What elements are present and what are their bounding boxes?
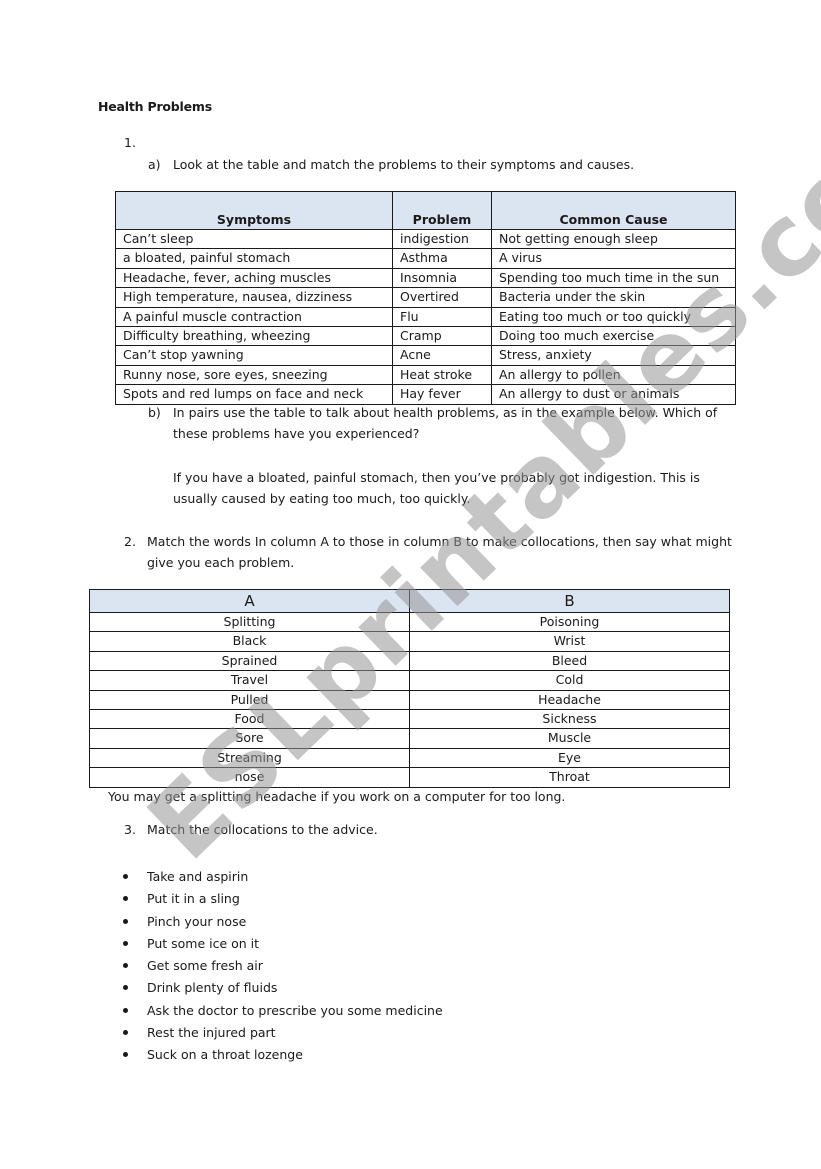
symptom-cell: Can’t sleep	[116, 230, 393, 249]
bullet-icon	[123, 874, 128, 879]
symptom-cell: Runny nose, sore eyes, sneezing	[116, 365, 393, 384]
column-b-cell: Bleed	[410, 651, 730, 670]
symptoms-table-body: Can’t sleepindigestionNot getting enough…	[116, 230, 736, 405]
advice-text: Put some ice on it	[147, 933, 259, 955]
symptom-cell: a bloated, painful stomach	[116, 249, 393, 268]
column-b-cell: Throat	[410, 768, 730, 787]
column-a-cell: Black	[90, 632, 410, 651]
cause-cell: Doing too much exercise	[492, 327, 736, 346]
advice-text: Get some fresh air	[147, 955, 263, 977]
bullet-icon	[123, 985, 128, 990]
question-3-number: 3.	[124, 822, 136, 837]
question-1b-text: In pairs use the table to talk about hea…	[173, 402, 718, 444]
symptom-cell: Headache, fever, aching muscles	[116, 268, 393, 287]
cause-cell: Not getting enough sleep	[492, 230, 736, 249]
problem-cell: Insomnia	[393, 268, 492, 287]
header-column-a: A	[90, 590, 410, 613]
table-row: BlackWrist	[90, 632, 730, 651]
cause-cell: A virus	[492, 249, 736, 268]
table-row: Can’t stop yawningAcneStress, anxiety	[116, 346, 736, 365]
table-row: PulledHeadache	[90, 690, 730, 709]
header-symptoms: Symptoms	[116, 192, 393, 230]
symptom-cell: Difficulty breathing, wheezing	[116, 327, 393, 346]
table-row: SoreMuscle	[90, 729, 730, 748]
bullet-icon	[123, 919, 128, 924]
collocations-table: A B SplittingPoisoningBlackWristSprained…	[89, 589, 730, 788]
bullet-icon	[123, 1052, 128, 1057]
symptom-cell: High temperature, nausea, dizziness	[116, 288, 393, 307]
question-1b-label: b)	[148, 402, 161, 423]
symptoms-problems-table: Symptoms Problem Common Cause Can’t slee…	[115, 191, 736, 405]
bullet-icon	[123, 963, 128, 968]
question-1a-text: Look at the table and match the problems…	[173, 154, 718, 175]
problem-cell: Asthma	[393, 249, 492, 268]
advice-text: Pinch your nose	[147, 911, 246, 933]
symptom-cell: Can’t stop yawning	[116, 346, 393, 365]
problem-cell: Overtired	[393, 288, 492, 307]
question-1-number: 1.	[124, 135, 136, 150]
table-header-row: Symptoms Problem Common Cause	[116, 192, 736, 230]
question-3-text: Match the collocations to the advice.	[147, 822, 378, 837]
column-a-cell: Travel	[90, 671, 410, 690]
column-a-cell: Streaming	[90, 748, 410, 767]
question-1b-example: If you have a bloated, painful stomach, …	[173, 467, 718, 509]
header-column-b: B	[410, 590, 730, 613]
column-b-cell: Cold	[410, 671, 730, 690]
bullet-icon	[123, 1008, 128, 1013]
header-problem: Problem	[393, 192, 492, 230]
problem-cell: Flu	[393, 307, 492, 326]
page-title: Health Problems	[98, 99, 212, 114]
problem-cell: Heat stroke	[393, 365, 492, 384]
table-row: Can’t sleepindigestionNot getting enough…	[116, 230, 736, 249]
column-b-cell: Wrist	[410, 632, 730, 651]
table-row: Headache, fever, aching musclesInsomniaS…	[116, 268, 736, 287]
symptom-cell: A painful muscle contraction	[116, 307, 393, 326]
cause-cell: Spending too much time in the sun	[492, 268, 736, 287]
table-row: a bloated, painful stomachAsthmaA virus	[116, 249, 736, 268]
column-a-cell: Splitting	[90, 613, 410, 632]
table-row: StreamingEye	[90, 748, 730, 767]
problem-cell: Acne	[393, 346, 492, 365]
question-2-text: Match the words In column A to those in …	[147, 531, 737, 573]
table-row: SplittingPoisoning	[90, 613, 730, 632]
table-row: A painful muscle contractionFluEating to…	[116, 307, 736, 326]
table-row: noseThroat	[90, 768, 730, 787]
cause-cell: Stress, anxiety	[492, 346, 736, 365]
table-row: TravelCold	[90, 671, 730, 690]
advice-text: Drink plenty of fluids	[147, 977, 277, 999]
problem-cell: indigestion	[393, 230, 492, 249]
column-b-cell: Poisoning	[410, 613, 730, 632]
advice-text: Suck on a throat lozenge	[147, 1044, 303, 1066]
column-a-cell: nose	[90, 768, 410, 787]
cause-cell: Eating too much or too quickly	[492, 307, 736, 326]
question-2-number: 2.	[124, 531, 136, 552]
advice-text: Rest the injured part	[147, 1022, 276, 1044]
header-common-cause: Common Cause	[492, 192, 736, 230]
advice-text: Take and aspirin	[147, 866, 248, 888]
bullet-icon	[123, 1030, 128, 1035]
column-a-cell: Sprained	[90, 651, 410, 670]
column-a-cell: Pulled	[90, 690, 410, 709]
advice-text: Ask the doctor to prescribe you some med…	[147, 1000, 443, 1022]
cause-cell: An allergy to pollen	[492, 365, 736, 384]
table-row: FoodSickness	[90, 710, 730, 729]
table-header-row: A B	[90, 590, 730, 613]
column-a-cell: Sore	[90, 729, 410, 748]
collocations-table-body: SplittingPoisoningBlackWristSprainedBlee…	[90, 613, 730, 788]
cause-cell: Bacteria under the skin	[492, 288, 736, 307]
column-b-cell: Headache	[410, 690, 730, 709]
question-1a-label: a)	[148, 154, 161, 175]
question-2-example: You may get a splitting headache if you …	[108, 789, 565, 804]
problem-cell: Cramp	[393, 327, 492, 346]
column-a-cell: Food	[90, 710, 410, 729]
table-row: Difficulty breathing, wheezingCrampDoing…	[116, 327, 736, 346]
table-row: Runny nose, sore eyes, sneezingHeat stro…	[116, 365, 736, 384]
advice-text: Put it in a sling	[147, 888, 240, 910]
bullet-icon	[123, 941, 128, 946]
column-b-cell: Muscle	[410, 729, 730, 748]
table-row: High temperature, nausea, dizzinessOvert…	[116, 288, 736, 307]
column-b-cell: Eye	[410, 748, 730, 767]
table-row: SprainedBleed	[90, 651, 730, 670]
column-b-cell: Sickness	[410, 710, 730, 729]
bullet-icon	[123, 896, 128, 901]
